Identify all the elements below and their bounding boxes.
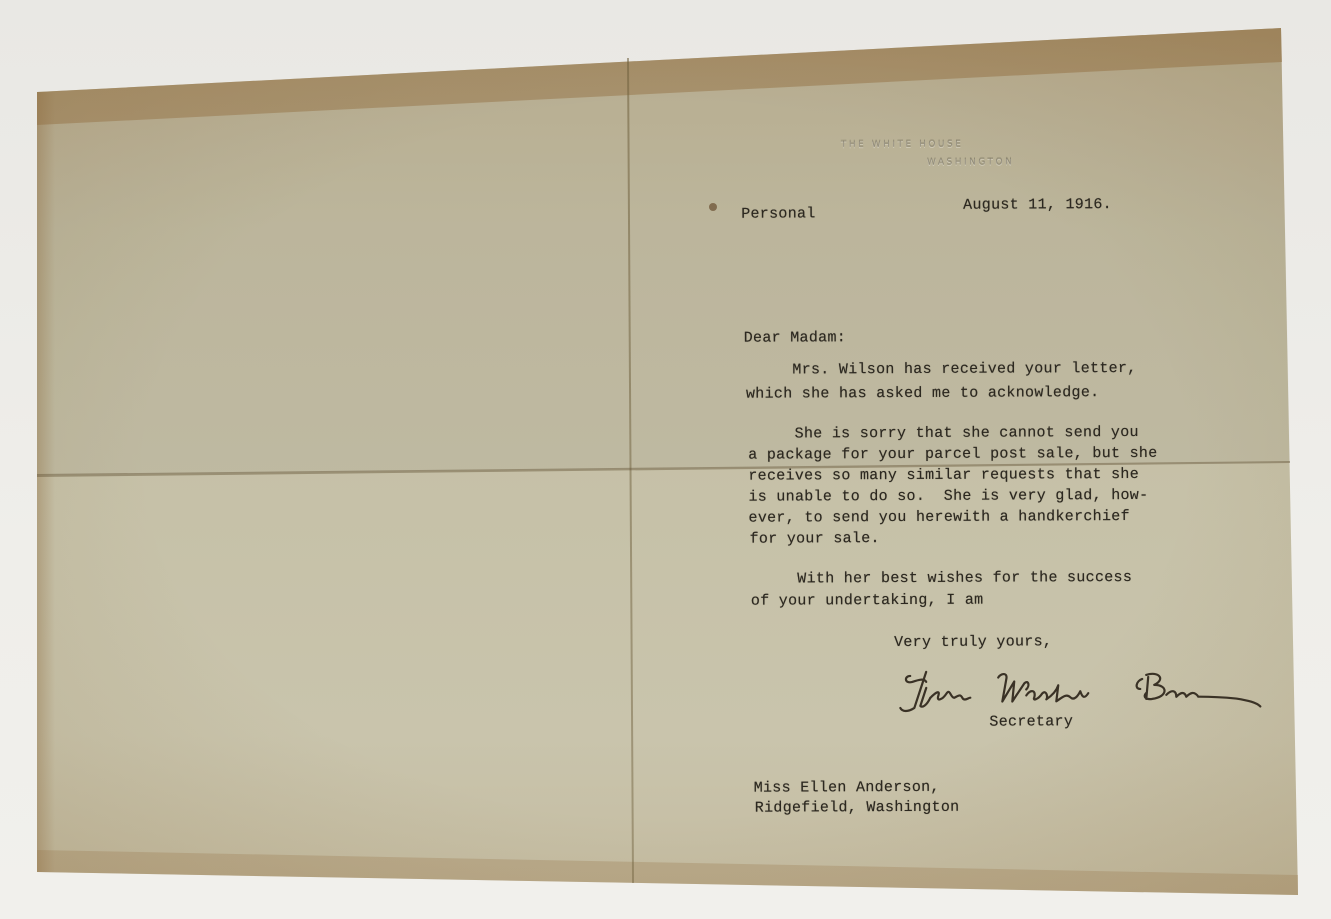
paragraph-3-line-2: of your undertaking, I am [751, 591, 984, 612]
letter-date: August 11, 1916. [963, 195, 1112, 216]
closing: Very truly yours, [894, 632, 1052, 653]
paragraph-2-line-4: is unable to do so. She is very glad, ho… [748, 486, 1148, 508]
paragraph-2-line-3: receives so many similar requests that s… [748, 465, 1139, 487]
paragraph-2-line-5: ever, to send you herewith a handkerchie… [748, 507, 1129, 529]
paragraph-3-line-1: With her best wishes for the success [751, 568, 1132, 590]
signer-title: Secretary [989, 712, 1073, 732]
handwritten-signature [896, 666, 1266, 718]
letterhead-line-1: THE WHITE HOUSE [841, 140, 964, 151]
salutation: Dear Madam: [744, 328, 846, 348]
paragraph-2-line-1: She is sorry that she cannot send you [748, 423, 1139, 445]
paragraph-1-line-1: Mrs. Wilson has received your letter, [746, 359, 1137, 381]
recipient-name: Miss Ellen Anderson, [754, 778, 940, 799]
recipient-address: Ridgefield, Washington [755, 798, 960, 819]
paragraph-2-line-6: for your sale. [750, 529, 880, 550]
personal-marking: Personal [741, 204, 816, 224]
paragraph-2-line-2: a package for your parcel post sale, but… [748, 444, 1157, 466]
letter-body: THE WHITE HOUSE WASHINGTON Personal Augu… [0, 0, 1331, 919]
paragraph-1-line-2: which she has asked me to acknowledge. [746, 383, 1100, 405]
letterhead-line-2: WASHINGTON [927, 157, 1014, 167]
